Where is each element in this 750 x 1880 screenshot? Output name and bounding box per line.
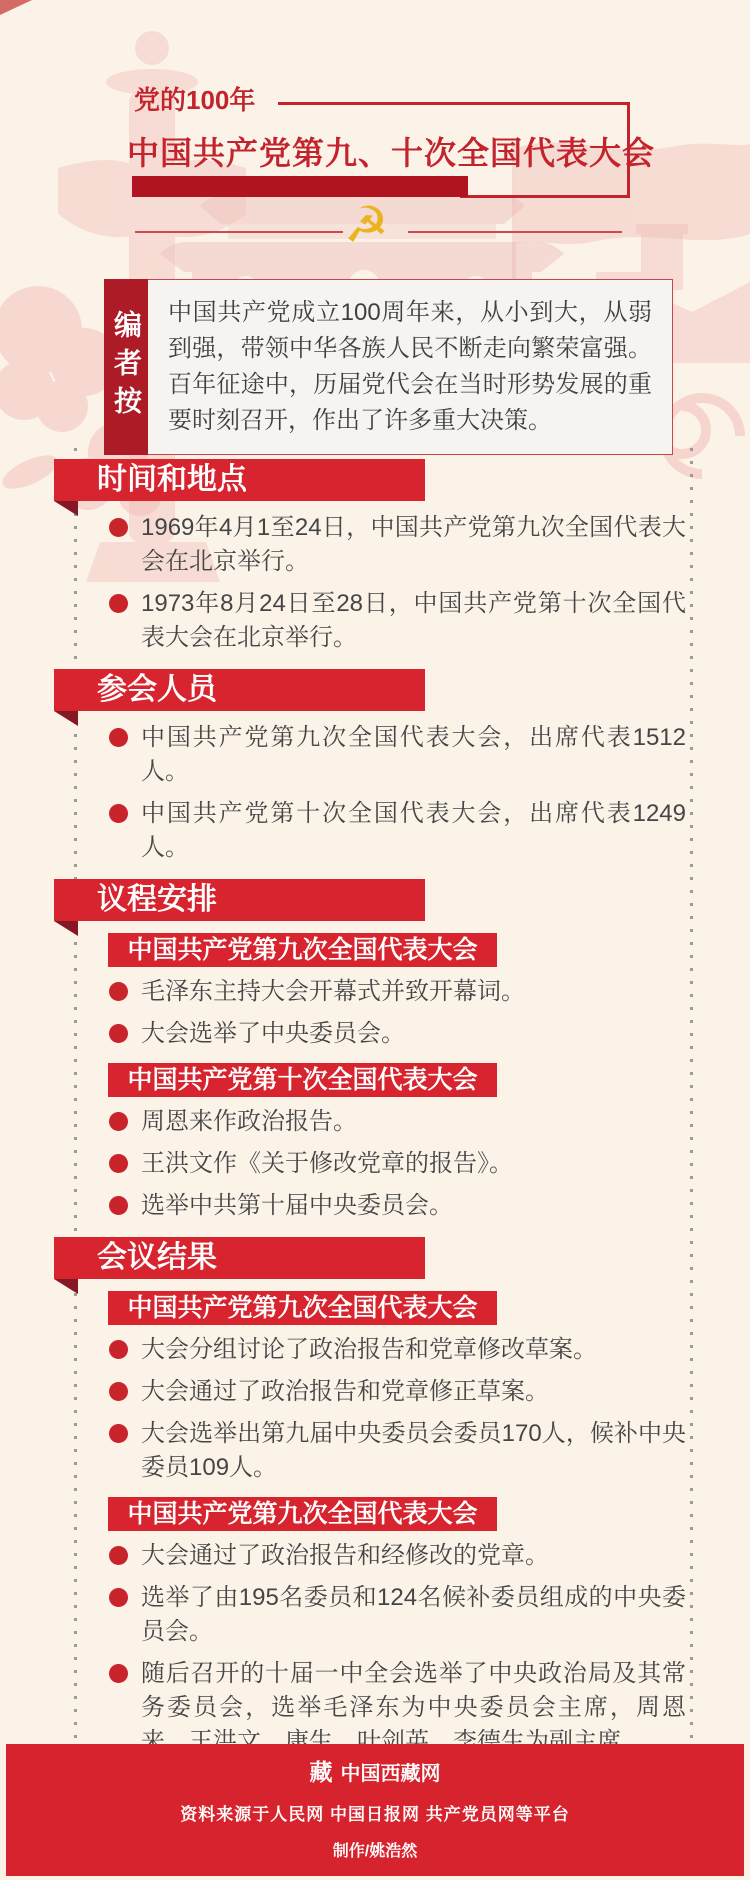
series-kicker: 党的100年 [134, 80, 255, 117]
congress-banner: 中国共产党第九次全国代表大会 [108, 1497, 497, 1531]
bullet-list: 中国共产党第九次全国代表大会，出席代表1512人。 中国共产党第十次全国代表大会… [0, 721, 750, 865]
bullet-dot-icon [109, 1154, 128, 1173]
bullet-dot-icon [109, 1382, 128, 1401]
bullet-dot-icon [109, 518, 128, 537]
list-item: 大会通过了政治报告和经修改的党章。 [109, 1539, 695, 1573]
list-item: 1969年4月1至24日，中国共产党第九次全国代表大会在北京举行。 [109, 511, 695, 579]
congress-banner: 中国共产党第九次全国代表大会 [108, 1291, 497, 1325]
bullet-list: 1969年4月1至24日，中国共产党第九次全国代表大会在北京举行。 1973年8… [0, 511, 750, 655]
list-item-text: 中国共产党第九次全国代表大会，出席代表1512人。 [141, 721, 686, 789]
footer-sources: 资料来源于人民网 中国日报网 共产党员网等平台 [180, 1800, 569, 1825]
section-agenda: 议程安排 中国共产党第九次全国代表大会 毛泽东主持大会开幕式并致开幕词。 大会选… [0, 879, 750, 1223]
list-item: 大会分组讨论了政治报告和党章修改草案。 [109, 1333, 695, 1367]
bullet-dot-icon [109, 982, 128, 1001]
list-item: 选举中共第十届中央委员会。 [109, 1189, 695, 1223]
bullet-dot-icon [109, 1664, 128, 1683]
section-time-place: 时间和地点 1969年4月1至24日，中国共产党第九次全国代表大会在北京举行。 … [0, 459, 750, 655]
section-results: 会议结果 中国共产党第九次全国代表大会 大会分组讨论了政治报告和党章修改草案。 … [0, 1237, 750, 1759]
section-header-ribbon: 议程安排 [54, 879, 425, 921]
infographic-page: 党的100年 中国共产党第九、十次全国代表大会 ☭ 编者按 中国共产党成立100… [0, 0, 750, 1880]
title-frame-top [278, 102, 630, 105]
bullet-dot-icon [109, 1112, 128, 1131]
bullet-dot-icon [109, 1196, 128, 1215]
list-item-text: 中国共产党第十次全国代表大会，出席代表1249人。 [141, 797, 686, 865]
corner-accent [0, 0, 32, 15]
list-item-text: 1973年8月24日至28日，中国共产党第十次全国代表大会在北京举行。 [141, 587, 686, 655]
list-item-text: 大会选举了中央委员会。 [141, 1017, 686, 1051]
list-item-text: 周恩来作政治报告。 [141, 1105, 686, 1139]
bullet-dot-icon [109, 1546, 128, 1565]
list-item-text: 大会选举出第九届中央委员会委员170人，候补中央委员109人。 [141, 1417, 686, 1485]
hammer-sickle-icon: ☭ [344, 200, 389, 250]
congress-banner: 中国共产党第十次全国代表大会 [108, 1063, 497, 1097]
congress-group: 中国共产党第九次全国代表大会 大会通过了政治报告和经修改的党章。 选举了由195… [0, 1497, 750, 1759]
footer-site-name: 中国西藏网 [341, 1757, 441, 1786]
list-item: 大会通过了政治报告和党章修正草案。 [109, 1375, 695, 1409]
list-item: 大会选举出第九届中央委员会委员170人，候补中央委员109人。 [109, 1417, 695, 1485]
bullet-dot-icon [109, 1024, 128, 1043]
bullet-dot-icon [109, 1340, 128, 1359]
list-item-text: 1969年4月1至24日，中国共产党第九次全国代表大会在北京举行。 [141, 511, 686, 579]
editor-note-box: 编者按 中国共产党成立100周年来，从小到大，从弱到强，带领中华各族人民不断走向… [104, 279, 673, 455]
congress-banner: 中国共产党第九次全国代表大会 [108, 933, 497, 967]
list-item: 大会选举了中央委员会。 [109, 1017, 695, 1051]
emblem-divider-right [408, 231, 622, 233]
list-item: 毛泽东主持大会开幕式并致开幕词。 [109, 975, 695, 1009]
list-item: 选举了由195名委员和124名候补委员组成的中央委员会。 [109, 1581, 695, 1649]
list-item-text: 选举中共第十届中央委员会。 [141, 1189, 686, 1223]
bullet-dot-icon [109, 1588, 128, 1607]
list-item: 1973年8月24日至28日，中国共产党第十次全国代表大会在北京举行。 [109, 587, 695, 655]
list-item-text: 大会通过了政治报告和党章修正草案。 [141, 1375, 686, 1409]
list-item: 中国共产党第九次全国代表大会，出席代表1512人。 [109, 721, 695, 789]
list-item-text: 大会通过了政治报告和经修改的党章。 [141, 1539, 686, 1573]
list-item: 中国共产党第十次全国代表大会，出席代表1249人。 [109, 797, 695, 865]
list-item-text: 毛泽东主持大会开幕式并致开幕词。 [141, 975, 686, 1009]
content-area: 时间和地点 1969年4月1至24日，中国共产党第九次全国代表大会在北京举行。 … [0, 445, 750, 1759]
congress-group: 中国共产党第十次全国代表大会 周恩来作政治报告。 王洪文作《关于修改党章的报告》… [0, 1063, 750, 1223]
section-participants: 参会人员 中国共产党第九次全国代表大会，出席代表1512人。 中国共产党第十次全… [0, 669, 750, 865]
section-header-ribbon: 会议结果 [54, 1237, 425, 1279]
list-item: 周恩来作政治报告。 [109, 1105, 695, 1139]
editor-note-text: 中国共产党成立100周年来，从小到大，从弱到强，带领中华各族人民不断走向繁荣富强… [148, 279, 673, 455]
china-tibet-online-logo-icon: 藏 [310, 1760, 333, 1784]
congress-group: 中国共产党第九次全国代表大会 毛泽东主持大会开幕式并致开幕词。 大会选举了中央委… [0, 933, 750, 1051]
bullet-dot-icon [109, 594, 128, 613]
bullet-dot-icon [109, 728, 128, 747]
title-underline-bar [132, 176, 468, 197]
list-item-text: 选举了由195名委员和124名候补委员组成的中央委员会。 [141, 1581, 686, 1649]
bullet-dot-icon [109, 804, 128, 823]
bullet-dot-icon [109, 1424, 128, 1443]
editor-note-tab: 编者按 [104, 279, 148, 455]
section-header-ribbon: 时间和地点 [54, 459, 425, 501]
section-header-ribbon: 参会人员 [54, 669, 425, 711]
footer-credit: 制作/姚浩然 [333, 1838, 417, 1861]
congress-group: 中国共产党第九次全国代表大会 大会分组讨论了政治报告和党章修改草案。 大会通过了… [0, 1291, 750, 1485]
list-item-text: 大会分组讨论了政治报告和党章修改草案。 [141, 1333, 686, 1367]
page-title: 中国共产党第九、十次全国代表大会 [127, 128, 655, 174]
list-item-text: 王洪文作《关于修改党章的报告》。 [141, 1147, 686, 1181]
title-frame-bottom [460, 195, 630, 198]
footer-site-line: 藏 中国西藏网 [310, 1757, 441, 1786]
emblem-divider-left [135, 231, 343, 233]
footer-band: 藏 中国西藏网 资料来源于人民网 中国日报网 共产党员网等平台 制作/姚浩然 [6, 1744, 744, 1876]
list-item: 王洪文作《关于修改党章的报告》。 [109, 1147, 695, 1181]
